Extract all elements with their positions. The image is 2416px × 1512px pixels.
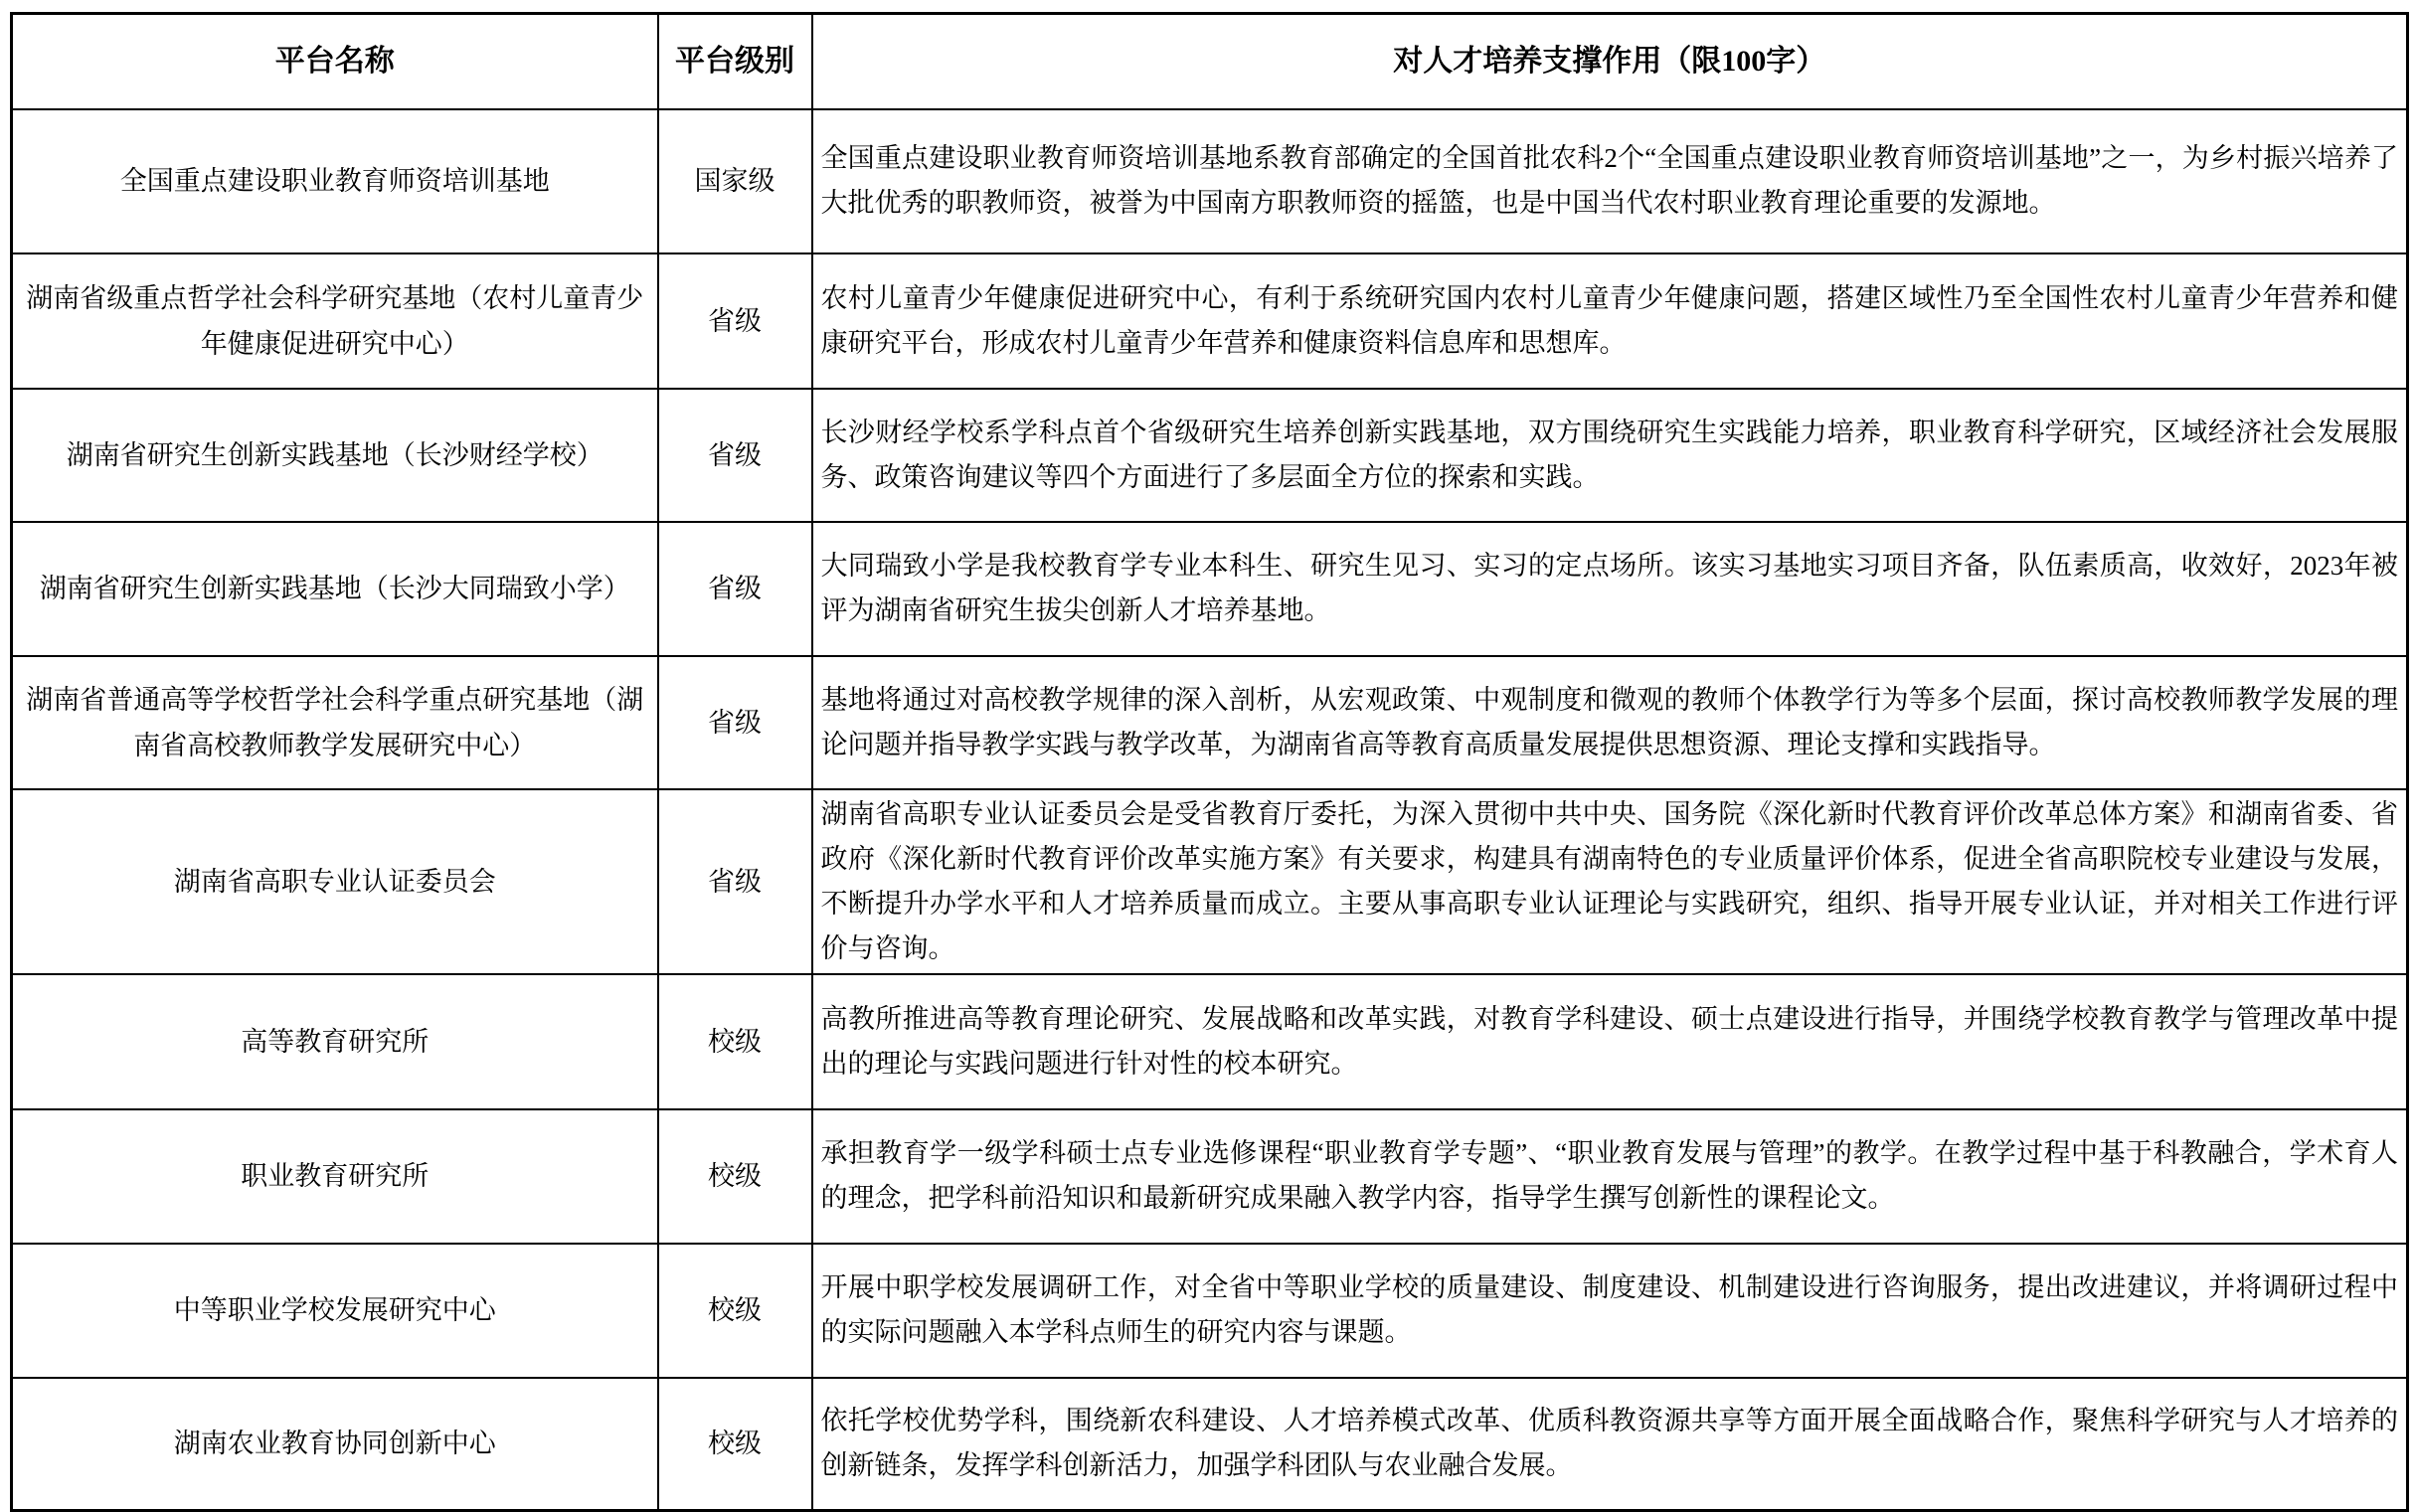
table-row: 全国重点建设职业教育师资培训基地国家级全国重点建设职业教育师资培训基地系教育部确… [12, 109, 2408, 253]
table-row: 高等教育研究所校级高教所推进高等教育理论研究、发展战略和改革实践，对教育学科建设… [12, 974, 2408, 1109]
platform-name-cell: 全国重点建设职业教育师资培训基地 [12, 109, 658, 253]
platform-name-cell: 湖南省高职专业认证委员会 [12, 789, 658, 974]
platform-name-cell: 湖南省研究生创新实践基地（长沙财经学校） [12, 389, 658, 522]
platform-name-cell: 中等职业学校发展研究中心 [12, 1244, 658, 1378]
platform-description-cell: 农村儿童青少年健康促进研究中心，有利于系统研究国内农村儿童青少年健康问题，搭建区… [812, 253, 2408, 389]
document-page: 平台名称 平台级别 对人才培养支撑作用（限100字） 全国重点建设职业教育师资培… [0, 0, 2416, 1479]
platform-level-cell: 省级 [658, 253, 812, 389]
platform-table-header: 平台名称 平台级别 对人才培养支撑作用（限100字） [12, 14, 2408, 109]
table-row: 职业教育研究所校级承担教育学一级学科硕士点专业选修课程“职业教育学专题”、“职业… [12, 1109, 2408, 1244]
column-header-platform-level: 平台级别 [658, 14, 812, 109]
platform-name-cell: 湖南农业教育协同创新中心 [12, 1378, 658, 1511]
platform-name-cell: 湖南省研究生创新实践基地（长沙大同瑞致小学） [12, 522, 658, 656]
table-row: 湖南省研究生创新实践基地（长沙大同瑞致小学）省级大同瑞致小学是我校教育学专业本科… [12, 522, 2408, 656]
column-header-platform-name: 平台名称 [12, 14, 658, 109]
header-row: 平台名称 平台级别 对人才培养支撑作用（限100字） [12, 14, 2408, 109]
platform-level-cell: 省级 [658, 522, 812, 656]
platform-level-cell: 省级 [658, 389, 812, 522]
table-row: 湖南省普通高等学校哲学社会科学重点研究基地（湖南省高校教师教学发展研究中心）省级… [12, 656, 2408, 789]
platform-description-cell: 全国重点建设职业教育师资培训基地系教育部确定的全国首批农科2个“全国重点建设职业… [812, 109, 2408, 253]
platform-level-cell: 校级 [658, 1244, 812, 1378]
platform-description-cell: 长沙财经学校系学科点首个省级研究生培养创新实践基地，双方围绕研究生实践能力培养，… [812, 389, 2408, 522]
table-row: 中等职业学校发展研究中心校级开展中职学校发展调研工作，对全省中等职业学校的质量建… [12, 1244, 2408, 1378]
platform-table-body: 全国重点建设职业教育师资培训基地国家级全国重点建设职业教育师资培训基地系教育部确… [12, 109, 2408, 1511]
table-row: 湖南省研究生创新实践基地（长沙财经学校）省级长沙财经学校系学科点首个省级研究生培… [12, 389, 2408, 522]
platform-level-cell: 国家级 [658, 109, 812, 253]
platform-name-cell: 湖南省普通高等学校哲学社会科学重点研究基地（湖南省高校教师教学发展研究中心） [12, 656, 658, 789]
platform-description-cell: 承担教育学一级学科硕士点专业选修课程“职业教育学专题”、“职业教育发展与管理”的… [812, 1109, 2408, 1244]
column-header-support-role: 对人才培养支撑作用（限100字） [812, 14, 2408, 109]
platform-table: 平台名称 平台级别 对人才培养支撑作用（限100字） 全国重点建设职业教育师资培… [10, 12, 2409, 1512]
platform-description-cell: 基地将通过对高校教学规律的深入剖析，从宏观政策、中观制度和微观的教师个体教学行为… [812, 656, 2408, 789]
table-row: 湖南农业教育协同创新中心校级依托学校优势学科，围绕新农科建设、人才培养模式改革、… [12, 1378, 2408, 1511]
platform-description-cell: 湖南省高职专业认证委员会是受省教育厅委托，为深入贯彻中共中央、国务院《深化新时代… [812, 789, 2408, 974]
platform-description-cell: 依托学校优势学科，围绕新农科建设、人才培养模式改革、优质科教资源共享等方面开展全… [812, 1378, 2408, 1511]
table-row: 湖南省级重点哲学社会科学研究基地（农村儿童青少年健康促进研究中心）省级农村儿童青… [12, 253, 2408, 389]
platform-description-cell: 开展中职学校发展调研工作，对全省中等职业学校的质量建设、制度建设、机制建设进行咨… [812, 1244, 2408, 1378]
platform-level-cell: 省级 [658, 789, 812, 974]
platform-level-cell: 校级 [658, 974, 812, 1109]
table-row: 湖南省高职专业认证委员会省级湖南省高职专业认证委员会是受省教育厅委托，为深入贯彻… [12, 789, 2408, 974]
platform-level-cell: 校级 [658, 1378, 812, 1511]
platform-description-cell: 高教所推进高等教育理论研究、发展战略和改革实践，对教育学科建设、硕士点建设进行指… [812, 974, 2408, 1109]
platform-description-cell: 大同瑞致小学是我校教育学专业本科生、研究生见习、实习的定点场所。该实习基地实习项… [812, 522, 2408, 656]
platform-level-cell: 校级 [658, 1109, 812, 1244]
platform-level-cell: 省级 [658, 656, 812, 789]
platform-name-cell: 职业教育研究所 [12, 1109, 658, 1244]
platform-name-cell: 高等教育研究所 [12, 974, 658, 1109]
platform-name-cell: 湖南省级重点哲学社会科学研究基地（农村儿童青少年健康促进研究中心） [12, 253, 658, 389]
